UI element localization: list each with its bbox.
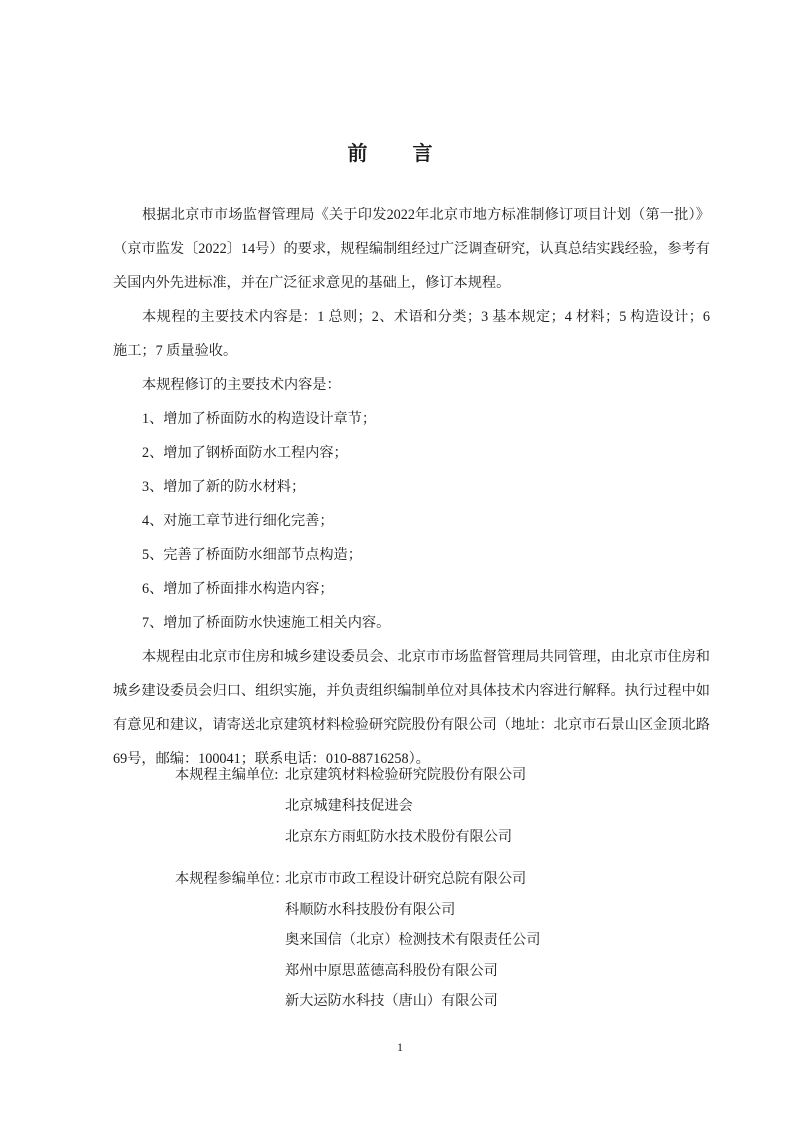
revision-item: 1、增加了桥面防水的构造设计章节； [113,402,710,436]
chief-editor-unit: 北京东方雨虹防水技术股份有限公司 [285,822,512,853]
participating-editor-units: 本规程参编单位： 北京市市政工程设计研究总院有限公司 科顺防水科技股份有限公司 … [175,864,540,1017]
chief-editor-unit: 北京建筑材料检验研究院股份有限公司 [285,760,526,791]
participating-editor-unit: 北京市市政工程设计研究总院有限公司 [285,864,526,895]
chief-editor-unit: 北京城建科技促进会 [285,791,413,822]
participating-editor-unit: 科顺防水科技股份有限公司 [285,895,455,926]
participating-editor-unit: 新大运防水科技（唐山）有限公司 [285,986,498,1017]
intro-section: 根据北京市市场监督管理局《关于印发2022年北京市地方标准制修订项目计划（第一批… [113,198,710,776]
chief-editor-label: 本规程主编单位: [175,760,285,791]
participating-editor-unit: 奥来国信（北京）检测技术有限责任公司 [285,925,540,956]
paragraph-revision-intro: 本规程修订的主要技术内容是： [113,368,710,402]
document-page: 前 言 根据北京市市场监督管理局《关于印发2022年北京市地方标准制修订项目计划… [0,0,800,1133]
revision-item: 2、增加了钢桥面防水工程内容； [113,436,710,470]
revision-item: 3、增加了新的防水材料； [113,470,710,504]
paragraph-main-content: 本规程的主要技术内容是：1 总则；2、术语和分类；3 基本规定；4 材料；5 构… [113,300,710,368]
page-number: 1 [0,1040,800,1055]
paragraph-basis: 根据北京市市场监督管理局《关于印发2022年北京市地方标准制修订项目计划（第一批… [113,198,710,300]
participating-editor-unit: 郑州中原思蓝德高科股份有限公司 [285,956,498,987]
revision-item: 4、对施工章节进行细化完善； [113,504,710,538]
page-title: 前 言 [0,140,800,168]
paragraph-management: 本规程由北京市住房和城乡建设委员会、北京市市场监督管理局共同管理，由北京市住房和… [113,640,710,776]
participating-editor-label: 本规程参编单位： [175,864,285,895]
revision-item: 7、增加了桥面防水快速施工相关内容。 [113,606,710,640]
chief-editor-units: 本规程主编单位: 北京建筑材料检验研究院股份有限公司 北京城建科技促进会 北京东… [175,760,526,853]
revision-item: 6、增加了桥面排水构造内容； [113,572,710,606]
revision-item: 5、完善了桥面防水细部节点构造； [113,538,710,572]
